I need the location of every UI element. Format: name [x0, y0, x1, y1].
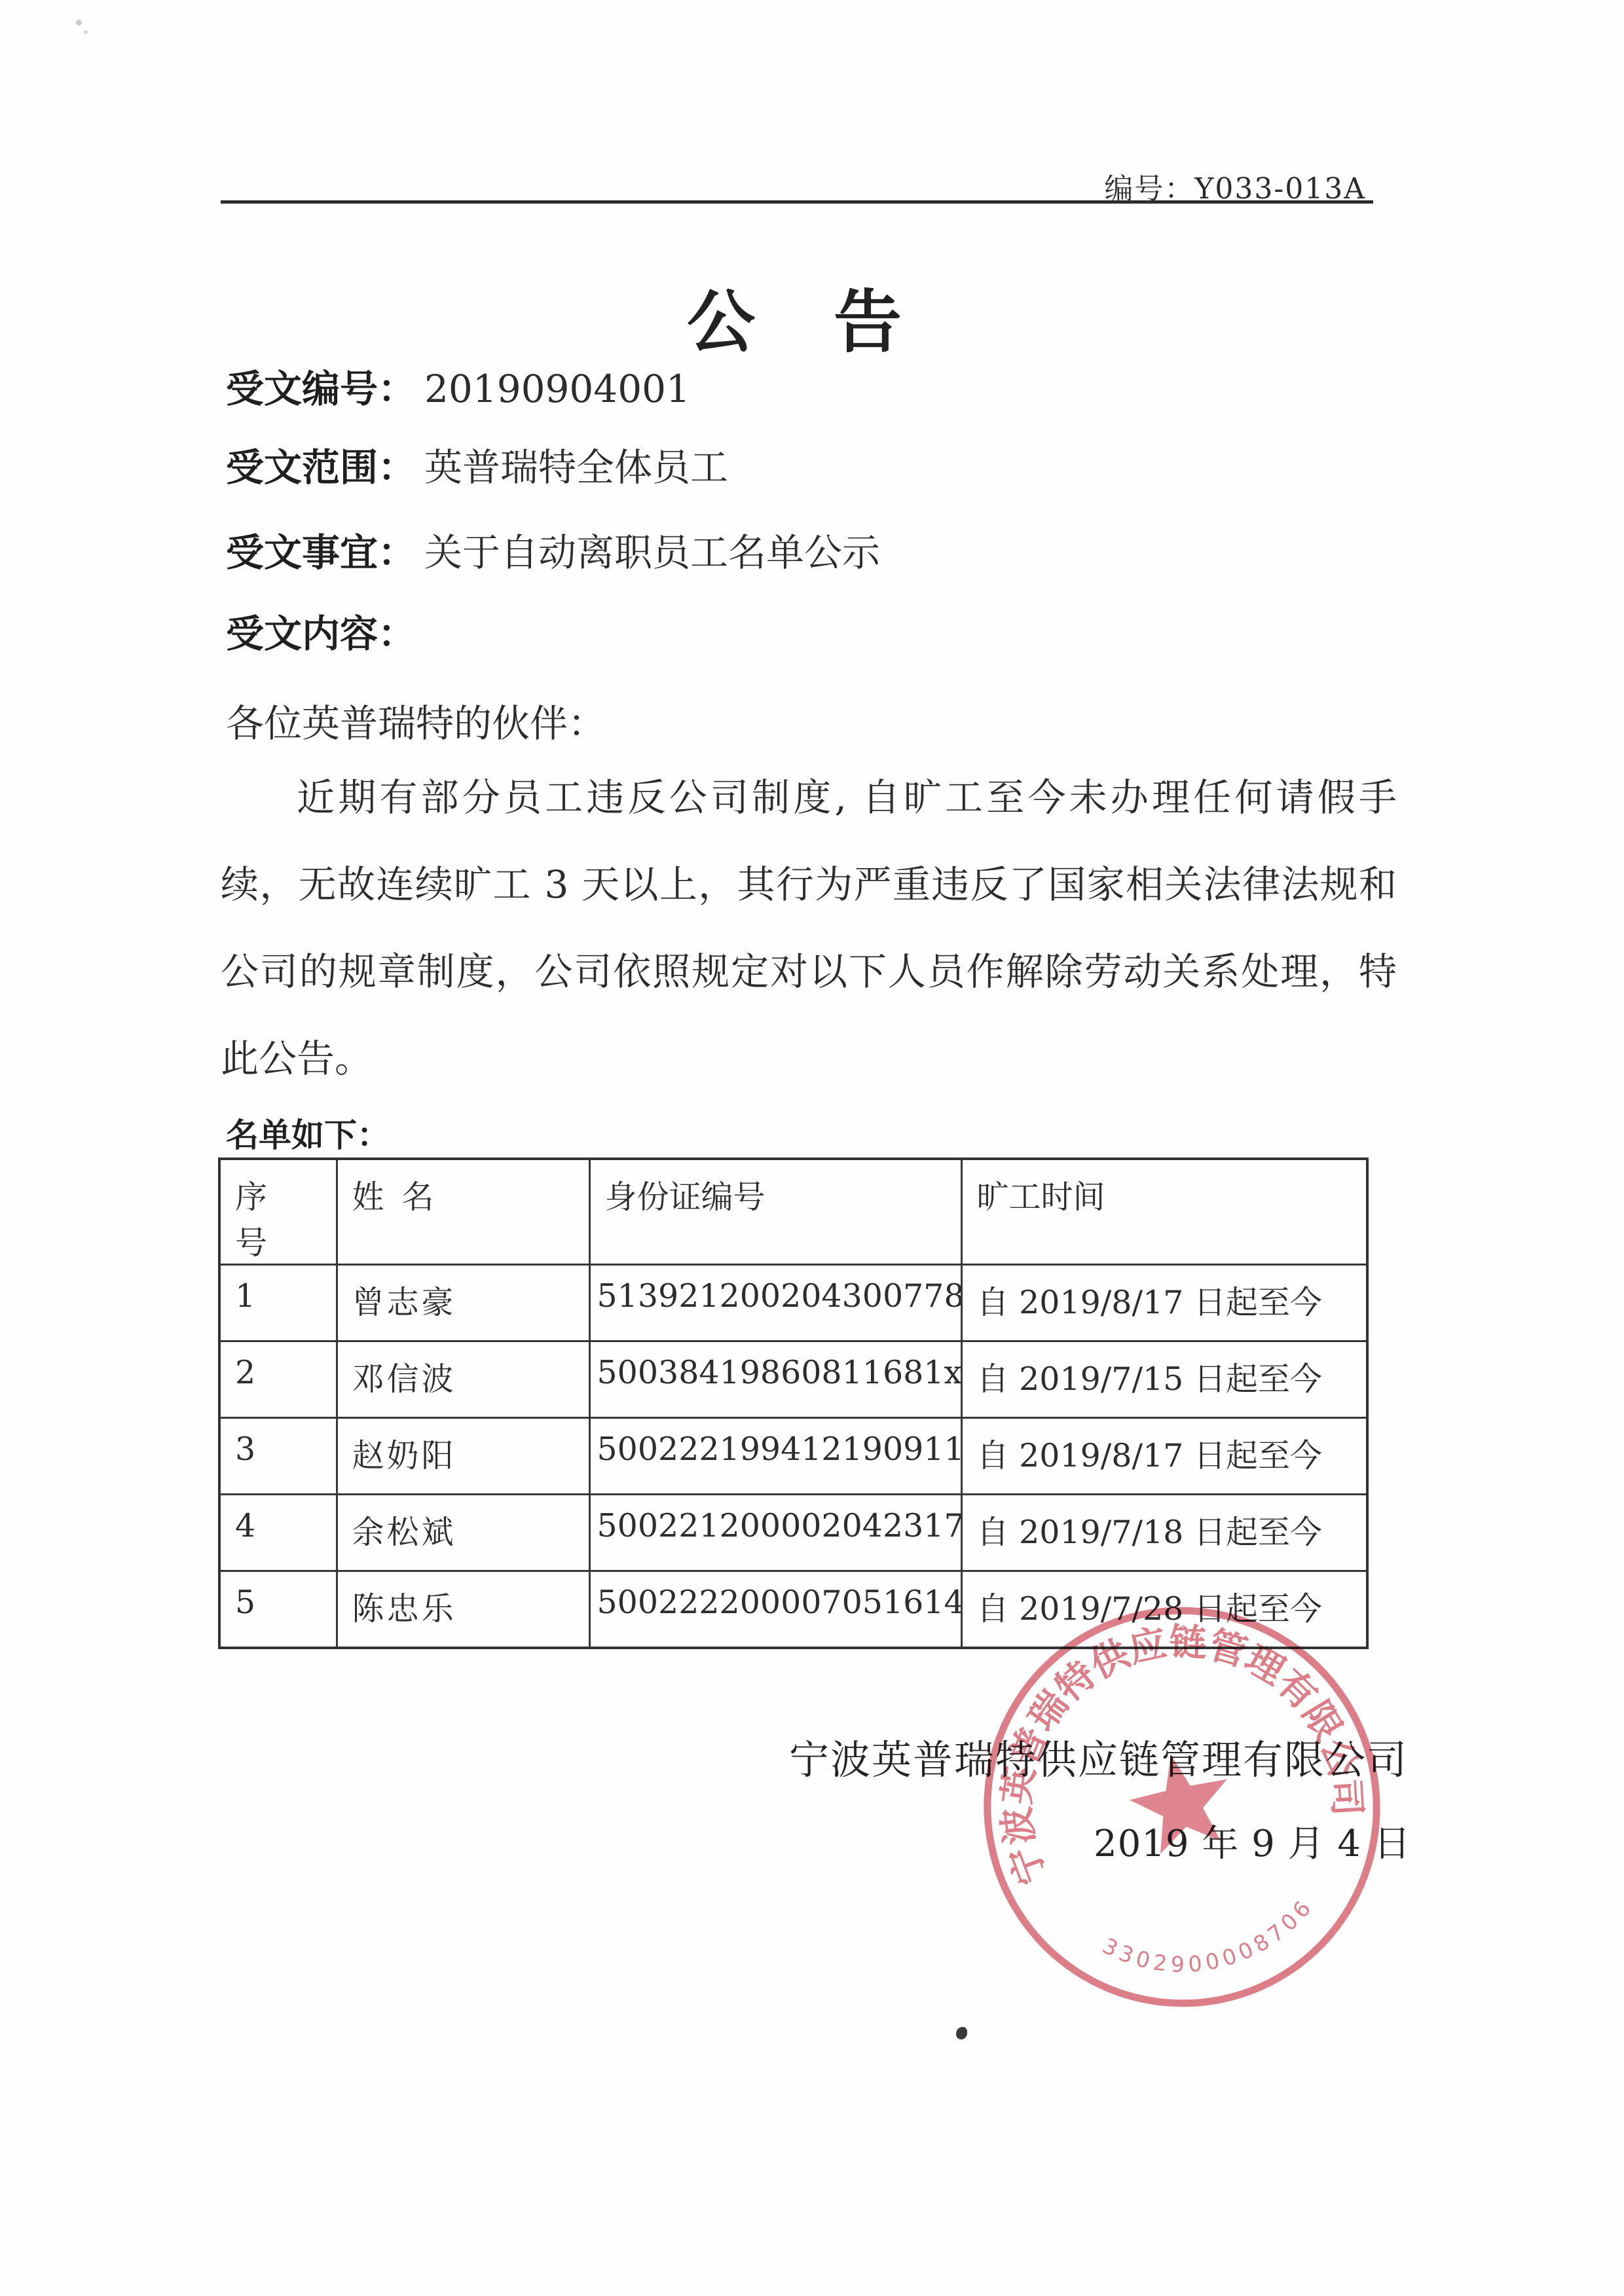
- cell-id: 513921200204300778: [589, 1265, 961, 1341]
- table-row: 5 陈忠乐 500222200007051614 自 2019/7/28 日起至…: [219, 1571, 1367, 1648]
- table-row: 4 余松斌 500221200002042317 自 2019/7/18 日起至…: [219, 1495, 1367, 1571]
- meta-value: 英普瑞特全体员工: [424, 445, 728, 490]
- column-header-name: 姓名: [337, 1159, 589, 1265]
- meta-label: 受文编号：: [226, 369, 424, 409]
- body-line: 续，无故连续旷工 3 天以上，其行为严重违反了国家相关法律法规和: [221, 841, 1397, 928]
- cell-id: 500222200007051614: [589, 1571, 961, 1648]
- meta-value: 20190904001: [424, 367, 690, 411]
- body-line: 近期有部分员工违反公司制度, 自旷工至今未办理任何请假手: [221, 754, 1397, 841]
- body-line: 公司的规章制度，公司依照规定对以下人员作解除劳动关系处理，特: [221, 928, 1397, 1015]
- dismissal-roster-table: 序号 姓名 身份证编号 旷工时间 1 曾志豪 51392120020430077…: [218, 1157, 1369, 1649]
- meta-label: 受文事宜：: [226, 532, 424, 573]
- signature-company: 宁波英普瑞特供应链管理有限公司: [789, 1728, 1408, 1785]
- table-row: 3 赵奶阳 500222199412190911 自 2019/8/17 日起至…: [219, 1418, 1367, 1495]
- header-rule: [221, 200, 1373, 204]
- signature-date: 2019 年 9 月 4 日: [1094, 1815, 1411, 1867]
- cell-no: 2: [219, 1341, 337, 1418]
- meta-label: 受文范围：: [226, 447, 424, 488]
- scan-speck: [84, 30, 88, 34]
- meta-line-content: 受文内容：: [226, 613, 1405, 654]
- scan-speck: [956, 2027, 967, 2039]
- seal-number-holder: 3302900008706: [1094, 1889, 1327, 1997]
- document-page: 编号：Y033-013A 公 告 受文编号：20190904001 受文范围：英…: [0, 0, 1624, 2296]
- salutation: 各位英普瑞特的伙伴：: [226, 693, 606, 748]
- cell-no: 1: [219, 1265, 337, 1341]
- body-line: 此公告。: [221, 1015, 1397, 1102]
- cell-name: 赵奶阳: [337, 1418, 589, 1495]
- cell-name: 余松斌: [337, 1495, 589, 1571]
- cell-id: 50038419860811681x: [589, 1341, 961, 1418]
- list-intro: 名单如下：: [226, 1109, 390, 1156]
- meta-label: 受文内容：: [226, 613, 424, 654]
- table-row: 2 邓信波 50038419860811681x 自 2019/7/15 日起至…: [219, 1341, 1367, 1418]
- meta-line-doc-id: 受文编号：20190904001: [226, 369, 1405, 409]
- column-header-no: 序号: [219, 1159, 337, 1265]
- column-header-time: 旷工时间: [961, 1159, 1367, 1265]
- cell-no: 5: [219, 1571, 337, 1648]
- cell-time: 自 2019/8/17 日起至今: [961, 1418, 1367, 1495]
- cell-no: 3: [219, 1418, 337, 1495]
- meta-line-subject: 受文事宜：关于自动离职员工名单公示: [226, 532, 1405, 573]
- cell-name: 邓信波: [337, 1341, 589, 1418]
- meta-line-scope: 受文范围：英普瑞特全体员工: [226, 447, 1405, 488]
- cell-no: 4: [219, 1495, 337, 1571]
- cell-time: 自 2019/8/17 日起至今: [961, 1265, 1367, 1341]
- page-title: 公 告: [221, 267, 1373, 365]
- body-paragraph: 近期有部分员工违反公司制度, 自旷工至今未办理任何请假手 续，无故连续旷工 3 …: [221, 754, 1397, 1102]
- meta-value: 关于自动离职员工名单公示: [424, 530, 880, 575]
- table-row: 1 曾志豪 513921200204300778 自 2019/8/17 日起至…: [219, 1265, 1367, 1341]
- table-header-row: 序号 姓名 身份证编号 旷工时间: [219, 1159, 1367, 1265]
- cell-name: 曾志豪: [337, 1265, 589, 1341]
- cell-time: 自 2019/7/15 日起至今: [961, 1341, 1367, 1418]
- scan-speck: [76, 20, 82, 26]
- cell-name: 陈忠乐: [337, 1571, 589, 1648]
- cell-time: 自 2019/7/18 日起至今: [961, 1495, 1367, 1571]
- cell-id: 500222199412190911: [589, 1418, 961, 1495]
- cell-time: 自 2019/7/28 日起至今: [961, 1571, 1367, 1648]
- cell-id: 500221200002042317: [589, 1495, 961, 1571]
- column-header-id: 身份证编号: [589, 1159, 961, 1265]
- seal-number: 3302900008706: [1094, 1889, 1327, 1997]
